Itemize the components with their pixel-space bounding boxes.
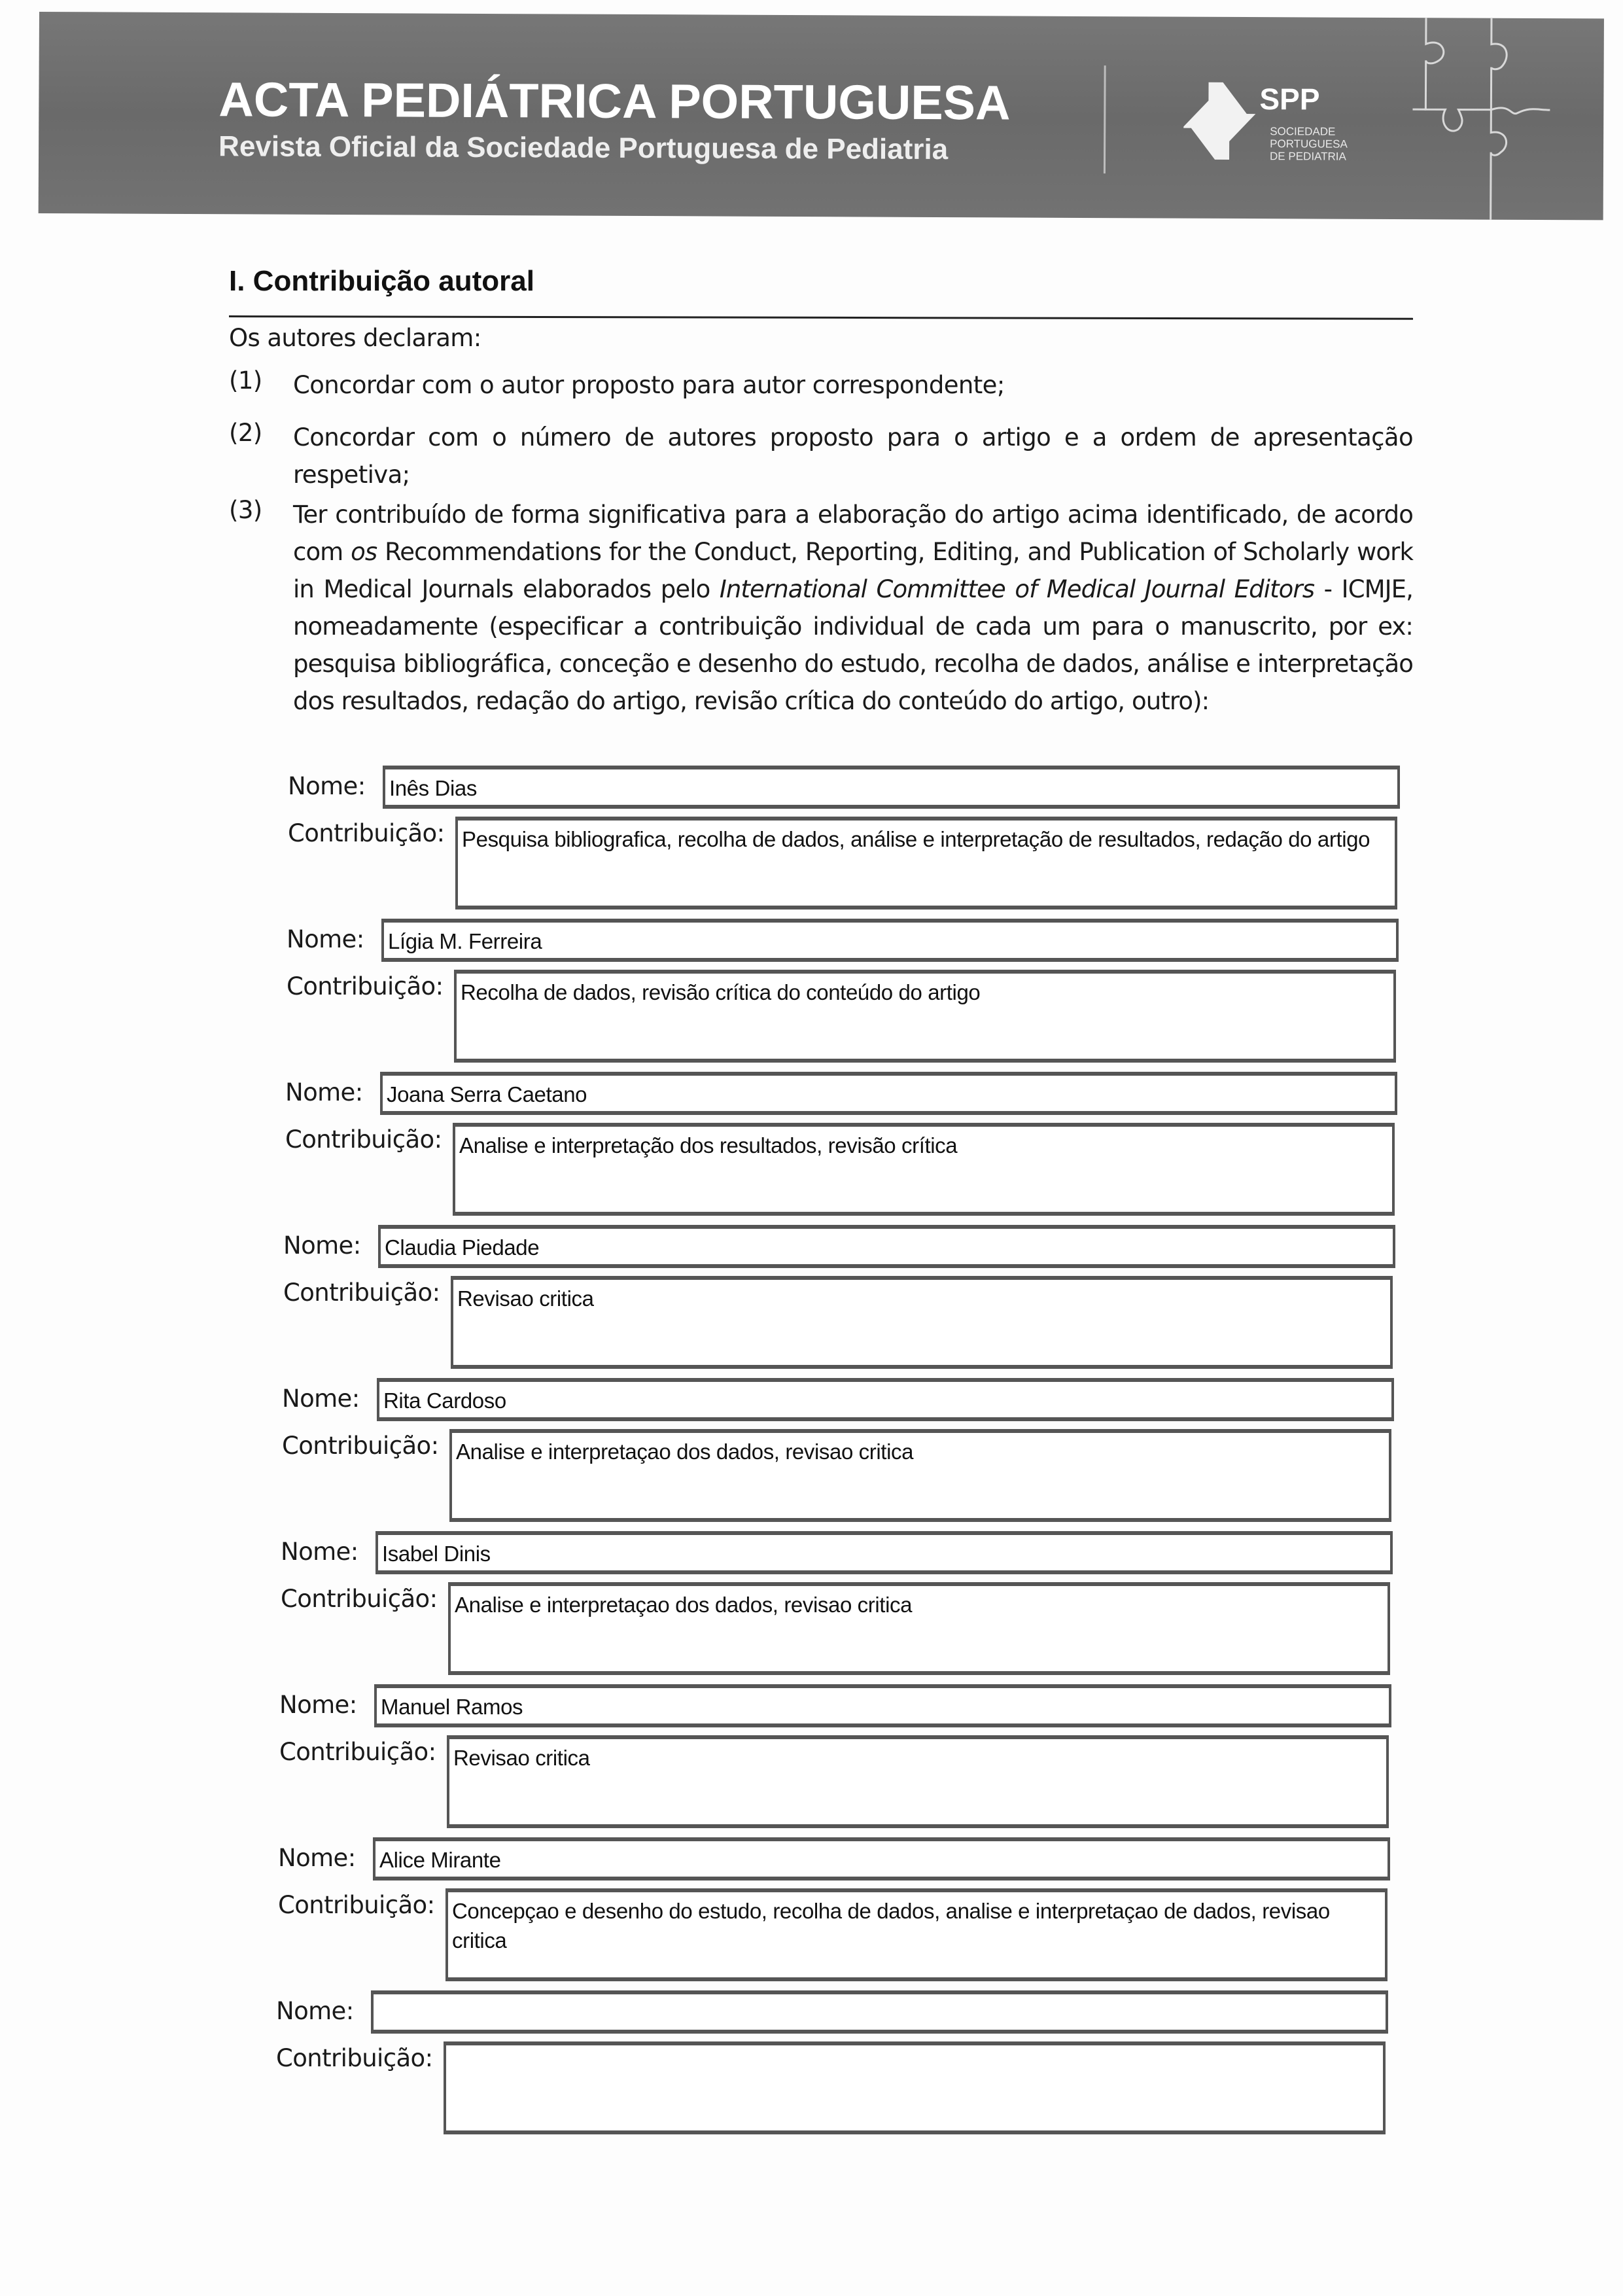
contribution-label: Contribuição:: [281, 1585, 437, 1613]
journal-header: ACTA PEDIÁTRICA PORTUGUESA Revista Ofici…: [39, 12, 1604, 220]
name-label: Nome:: [279, 1691, 357, 1719]
author-name-field[interactable]: Rita Cardoso: [377, 1378, 1394, 1421]
spp-abbreviation: SPP: [1259, 81, 1319, 116]
name-label: Nome:: [287, 925, 364, 953]
author-contribution-field[interactable]: Revisao critica: [447, 1735, 1389, 1828]
declaration-number: (1): [229, 366, 262, 395]
author-contribution-field[interactable]: Concepçao e desenho do estudo, recolha d…: [445, 1888, 1387, 1981]
declaration-text: Ter contribuído de forma significativa p…: [293, 496, 1413, 720]
spp-name-line: DE PEDIATRIA: [1270, 150, 1401, 163]
section-divider: [229, 315, 1413, 320]
spp-arrows-logo-icon: [1183, 75, 1263, 167]
contribution-label: Contribuição:: [288, 819, 444, 847]
author-entry: Nome: Inês Dias Contribuição: Pesquisa b…: [275, 772, 1413, 925]
spp-name-line: SOCIEDADE: [1270, 125, 1401, 138]
declaration-number: (3): [229, 496, 262, 524]
name-label: Nome:: [282, 1385, 360, 1413]
journal-title: ACTA PEDIÁTRICA PORTUGUESA: [218, 71, 1010, 130]
contribution-label: Contribuição:: [276, 2044, 432, 2072]
puzzle-pieces-icon: [1412, 18, 1604, 220]
author-entry: Nome: Rita Cardoso Contribuição: Analise…: [269, 1385, 1407, 1538]
author-contribution-field[interactable]: Recolha de dados, revisão crítica do con…: [454, 970, 1396, 1063]
author-contribution-field[interactable]: Analise e interpretaçao dos dados, revis…: [449, 1429, 1391, 1522]
author-entry: Nome: Manuel Ramos Contribuição: Revisao…: [266, 1691, 1405, 1844]
author-entry: Nome: Joana Serra Caetano Contribuição: …: [272, 1078, 1410, 1231]
contribution-label: Contribuição:: [278, 1891, 434, 1919]
contribution-label: Contribuição:: [282, 1432, 438, 1460]
author-name-field[interactable]: Lígia M. Ferreira: [381, 919, 1399, 962]
contribution-label: Contribuição:: [287, 972, 443, 1000]
author-contribution-field[interactable]: Pesquisa bibliografica, recolha de dados…: [455, 817, 1397, 910]
author-name-field[interactable]: Claudia Piedade: [378, 1225, 1395, 1268]
author-contribution-field[interactable]: [444, 2041, 1386, 2134]
name-label: Nome:: [278, 1844, 356, 1872]
intro-text: Os autores declaram:: [229, 324, 481, 352]
contribution-label: Contribuição:: [283, 1279, 440, 1307]
icmje-name-italic: International Committee of Medical Journ…: [720, 575, 1314, 603]
spp-full-name: SOCIEDADE PORTUGUESA DE PEDIATRIA: [1270, 125, 1401, 163]
name-label: Nome:: [288, 772, 366, 800]
contribution-label: Contribuição:: [285, 1125, 442, 1154]
author-contribution-field[interactable]: Analise e interpretação dos resultados, …: [453, 1123, 1395, 1216]
declaration-text: Concordar com o autor proposto para auto…: [293, 366, 1413, 404]
name-label: Nome:: [283, 1231, 361, 1260]
declaration-number: (2): [229, 419, 262, 447]
author-entry: Nome: Isabel Dinis Contribuição: Analise…: [268, 1538, 1406, 1691]
declaration-text: Concordar com o número de autores propos…: [293, 419, 1413, 493]
author-name-field[interactable]: Joana Serra Caetano: [380, 1072, 1397, 1115]
name-label: Nome:: [276, 1997, 354, 2025]
author-name-field[interactable]: [371, 1990, 1388, 2034]
author-contribution-field[interactable]: Revisao critica: [451, 1276, 1393, 1369]
spp-name-line: PORTUGUESA: [1270, 137, 1401, 150]
author-name-field[interactable]: Manuel Ramos: [374, 1684, 1391, 1727]
author-entry: Nome: Alice Mirante Contribuição: Concep…: [265, 1844, 1403, 1997]
author-entry: Nome: Lígia M. Ferreira Contribuição: Re…: [273, 925, 1412, 1078]
contribution-label: Contribuição:: [279, 1738, 436, 1766]
journal-subtitle: Revista Oficial da Sociedade Portuguesa …: [218, 130, 948, 166]
name-label: Nome:: [285, 1078, 363, 1106]
header-divider: [1104, 65, 1106, 173]
author-contribution-field[interactable]: Analise e interpretaçao dos dados, revis…: [448, 1582, 1390, 1675]
author-name-field[interactable]: Alice Mirante: [373, 1837, 1390, 1881]
section-title: I. Contribuição autoral: [229, 265, 534, 298]
author-name-field[interactable]: Inês Dias: [383, 766, 1400, 809]
author-entry: Nome: Contribuição:: [263, 1997, 1401, 2150]
author-name-field[interactable]: Isabel Dinis: [375, 1531, 1393, 1574]
declaration-text-italic: os: [351, 538, 377, 566]
author-entry: Nome: Claudia Piedade Contribuição: Revi…: [270, 1231, 1408, 1385]
name-label: Nome:: [281, 1538, 358, 1566]
